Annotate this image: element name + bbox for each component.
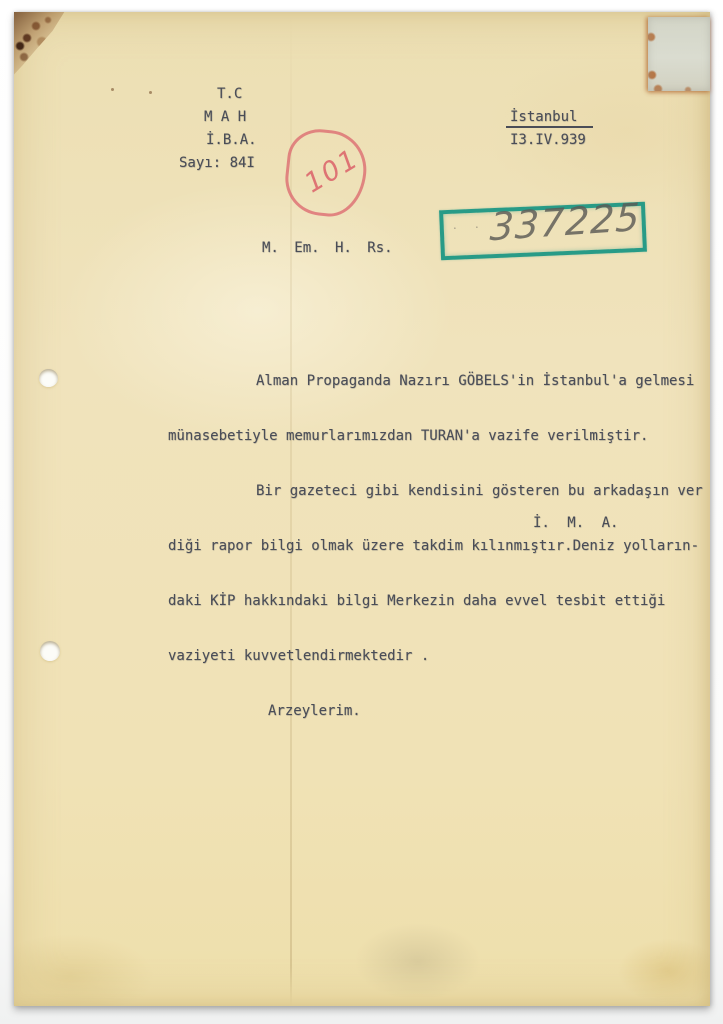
date-value: I3.IV.939 (510, 132, 586, 148)
letter-body: Alman Propaganda Nazırı GÖBELS'in İstanb… (168, 338, 713, 755)
body-line: daki KİP hakkındaki bilgi Merkezin daha … (168, 590, 713, 613)
punch-hole-top (39, 369, 58, 387)
addressee-line: M. Em. H. Rs. (262, 240, 393, 256)
letterhead-line-3: İ.B.A. (206, 132, 257, 148)
body-line: Alman Propaganda Nazırı GÖBELS'in İstanb… (168, 370, 713, 393)
stamp-pencil-marks: · · (452, 222, 485, 234)
paper-speck (149, 91, 152, 94)
letterhead-number-line: Sayı: 84I (179, 155, 255, 171)
stamp-handwritten-number: 337225 (489, 195, 641, 249)
body-line: vaziyeti kuvvetlendirmektedir . (168, 645, 713, 668)
closing-line: Arzeylerim. (168, 700, 713, 723)
scanned-document-page: T.C M A H İ.B.A. Sayı: 84I 101 İstanbul … (0, 0, 723, 1024)
paper-speck (111, 88, 114, 91)
letterhead-line-2: M A H (204, 109, 246, 125)
date-city: İstanbul (506, 109, 593, 125)
signature-initials: İ. M. A. (533, 515, 618, 531)
letterhead-line-1: T.C (217, 86, 242, 102)
punch-hole-bottom (40, 641, 60, 661)
body-line: münasebetiyle memurlarımızdan TURAN'a va… (168, 425, 713, 448)
tape-residue-patch (648, 17, 710, 91)
body-line: Bir gazeteci gibi kendisini gösteren bu … (168, 480, 713, 503)
registration-stamp: · · 337225 (439, 202, 647, 261)
body-line: diği rapor bilgi olmak üzere takdim kılı… (168, 535, 713, 558)
circled-number: 101 (299, 143, 364, 199)
